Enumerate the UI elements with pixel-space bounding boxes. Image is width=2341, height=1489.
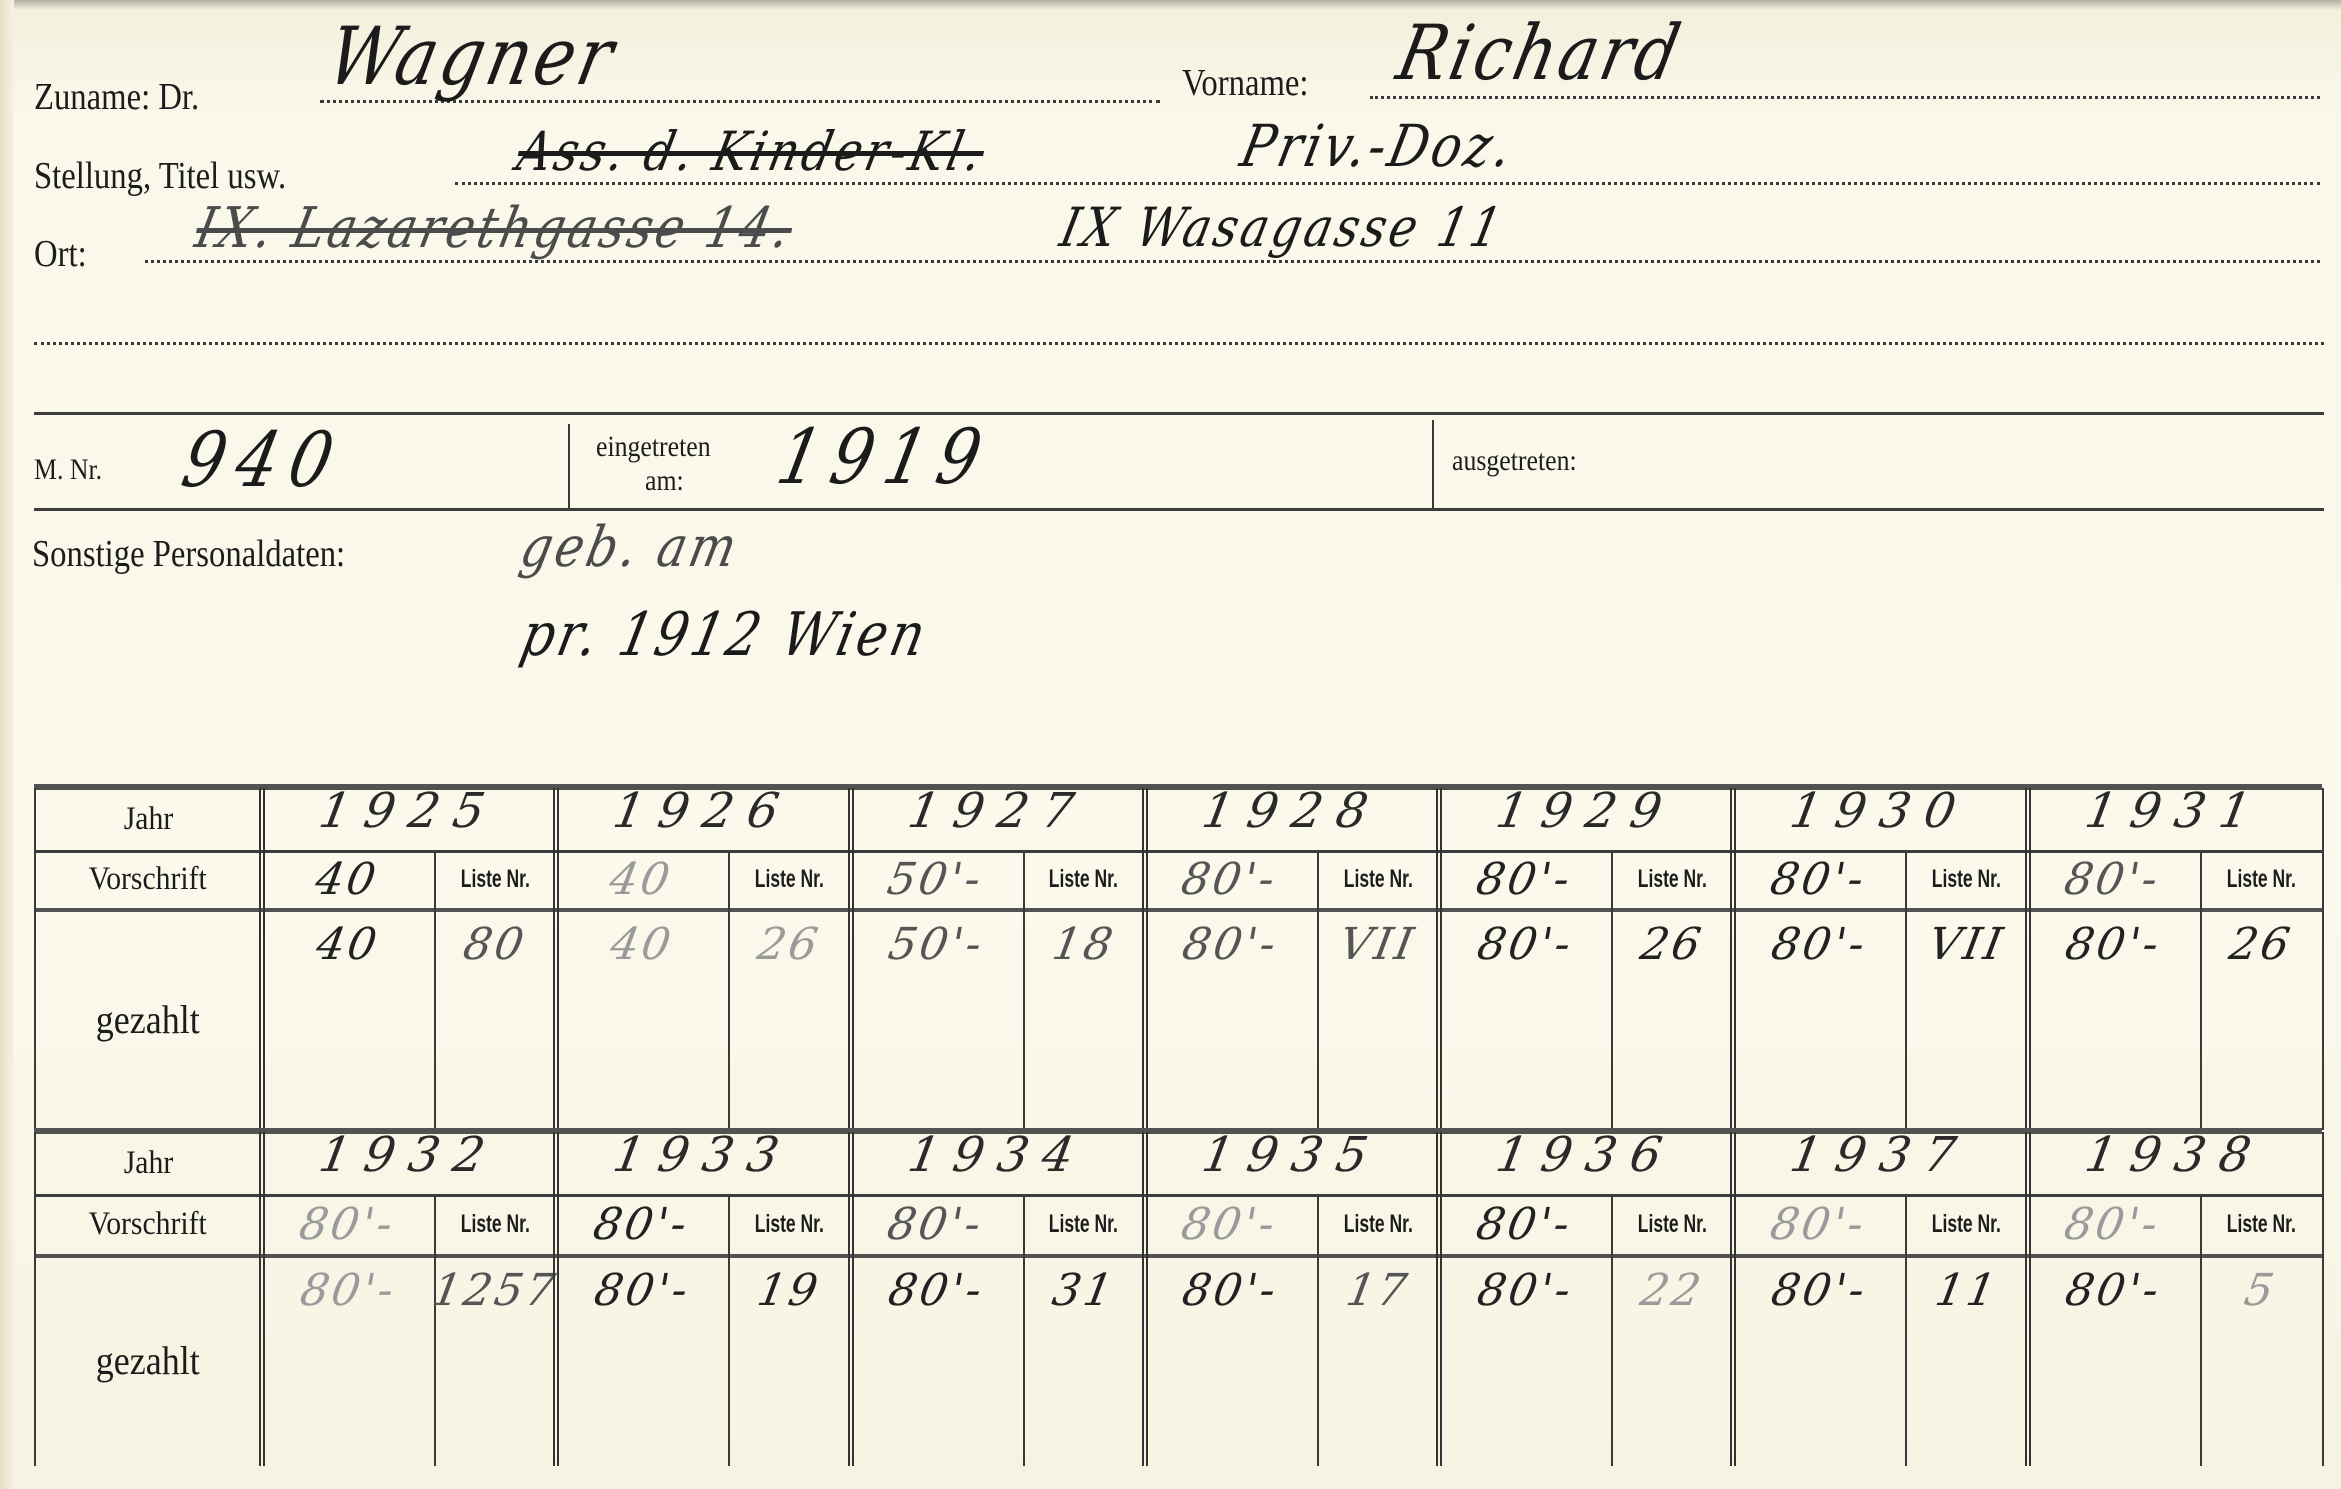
- list-no-value: 11: [1931, 1265, 2002, 1316]
- paid-value: 80'-: [1179, 919, 1283, 970]
- list-no-label: Liste Nr.: [461, 1210, 530, 1239]
- year-value-cell: 1938: [2028, 1124, 2322, 1186]
- year-value-cell: 1927: [851, 780, 1145, 842]
- list-no-value-cell: VII: [1317, 914, 1439, 974]
- year-value-cell: 1935: [1145, 1124, 1439, 1186]
- prescribed-value: 80'-: [1178, 854, 1282, 905]
- list-no-value: 80: [460, 919, 531, 970]
- paid-value-cell: 40: [262, 914, 434, 974]
- paid-label-cell: gezahlt: [34, 1254, 262, 1466]
- prescribed-label: Vorschrift: [89, 1206, 207, 1243]
- year-value-cell: 1931: [2028, 780, 2322, 842]
- paid-value: 40: [313, 919, 384, 970]
- list-no-value: 19: [754, 1265, 825, 1316]
- first-name-value: Richard: [1390, 8, 1691, 97]
- scan-edge-top: [0, 0, 2341, 10]
- list-no-value: VII: [1924, 919, 2009, 970]
- list-no-value-cell: 31: [1023, 1260, 1145, 1320]
- paid-value-cell: 80'-: [262, 1260, 434, 1320]
- scan-edge-left: [0, 0, 14, 1489]
- year-value: 1932: [315, 1127, 503, 1183]
- list-no-value: 26: [2225, 919, 2296, 970]
- list-no-label-cell: Liste Nr.: [728, 1194, 850, 1254]
- list-no-label-cell: Liste Nr.: [2200, 1194, 2322, 1254]
- prescribed-value-cell: 80'-: [1443, 850, 1605, 908]
- list-no-label-cell: Liste Nr.: [1317, 850, 1439, 908]
- surname-value: Wagner: [320, 10, 625, 103]
- year-value: 1931: [2081, 783, 2269, 839]
- prescribed-label-cell: Vorschrift: [34, 850, 262, 908]
- list-no-label: Liste Nr.: [1638, 1210, 1707, 1239]
- prescribed-value: 80'-: [1472, 1199, 1576, 1250]
- position-value-struck: Ass. d. Kinder-Kl.: [512, 120, 991, 183]
- member-row-bottom-rule: [34, 508, 2324, 511]
- year-value: 1933: [609, 1127, 797, 1183]
- list-no-label: Liste Nr.: [1932, 1210, 2001, 1239]
- position-value: Priv.-Doz.: [1235, 112, 1521, 180]
- list-no-label-cell: Liste Nr.: [1317, 1194, 1439, 1254]
- prescribed-value-cell: 80'-: [1149, 1194, 1311, 1254]
- prescribed-value: 80'-: [2061, 854, 2165, 905]
- place-value-struck: IX. Lazarethgasse 14.: [190, 196, 799, 261]
- list-no-label-cell: Liste Nr.: [728, 850, 850, 908]
- paid-value: 80'-: [1473, 919, 1577, 970]
- prescribed-value-cell: 40: [266, 850, 428, 908]
- year-value-cell: 1925: [262, 780, 556, 842]
- list-no-label: Liste Nr.: [2226, 865, 2295, 894]
- paid-value-cell: 80'-: [1733, 914, 1905, 974]
- prescribed-value-cell: 80'-: [855, 1194, 1017, 1254]
- paid-value: 40: [607, 919, 678, 970]
- year-value: 1937: [1787, 1127, 1975, 1183]
- year-value: 1934: [904, 1127, 1092, 1183]
- paid-value-cell: 80'-: [1439, 914, 1611, 974]
- prescribed-row-rule: [34, 1254, 2322, 1258]
- year-value-cell: 1936: [1439, 1124, 1733, 1186]
- list-no-label-cell: Liste Nr.: [434, 1194, 556, 1254]
- prescribed-value-cell: 80'-: [1737, 850, 1899, 908]
- paid-value-cell: 80'-: [556, 1260, 728, 1320]
- prescribed-value-cell: 50'-: [855, 850, 1017, 908]
- prescribed-value: 80'-: [295, 1199, 399, 1250]
- year-value-cell: 1934: [851, 1124, 1145, 1186]
- joined-value: 1919: [770, 412, 1001, 501]
- year-label: Jahr: [123, 1145, 172, 1182]
- list-no-label: Liste Nr.: [1049, 865, 1118, 894]
- member-no-label: M. Nr.: [34, 455, 102, 485]
- paid-value-cell: 80'-: [2028, 914, 2200, 974]
- year-value: 1930: [1787, 783, 1975, 839]
- prescribed-value-cell: 80'-: [2032, 1194, 2194, 1254]
- list-no-value-cell: 11: [1905, 1260, 2027, 1320]
- paid-label: gezahlt: [96, 1337, 200, 1384]
- other-data-line-1: geb. am: [515, 515, 746, 580]
- prescribed-value: 40: [312, 854, 383, 905]
- prescribed-value-cell: 80'-: [560, 1194, 722, 1254]
- joined-label: eingetreten: [596, 432, 711, 462]
- list-no-label: Liste Nr.: [755, 1210, 824, 1239]
- extra-dotted-line: [34, 342, 2324, 345]
- prescribed-value: 80'-: [1766, 1199, 1870, 1250]
- list-no-value: 26: [754, 919, 825, 970]
- list-no-value: 26: [1637, 919, 1708, 970]
- other-data-line-2: pr. 1912 Wien: [515, 600, 935, 670]
- list-no-label-cell: Liste Nr.: [1023, 850, 1145, 908]
- paid-value-cell: 80'-: [1439, 1260, 1611, 1320]
- prescribed-value-cell: 80'-: [1443, 1194, 1605, 1254]
- list-no-value-cell: 26: [1611, 914, 1733, 974]
- prescribed-value: 40: [606, 854, 677, 905]
- list-no-value-cell: 1257: [434, 1260, 556, 1320]
- list-no-label: Liste Nr.: [2226, 1210, 2295, 1239]
- paid-value-cell: 80'-: [1733, 1260, 1905, 1320]
- surname-label: Zuname: Dr.: [34, 78, 199, 116]
- list-no-label: Liste Nr.: [1049, 1210, 1118, 1239]
- paid-label: gezahlt: [96, 996, 200, 1043]
- list-no-value-cell: 18: [1023, 914, 1145, 974]
- prescribed-value-cell: 80'-: [1737, 1194, 1899, 1254]
- prescribed-label: Vorschrift: [89, 861, 207, 898]
- member-row-top-rule: [34, 412, 2324, 415]
- list-no-label-cell: Liste Nr.: [1023, 1194, 1145, 1254]
- member-row-divider-2: [1432, 420, 1434, 510]
- year-value-cell: 1937: [1733, 1124, 2027, 1186]
- paid-value: 80'-: [2062, 1265, 2166, 1316]
- list-no-value: 22: [1637, 1265, 1708, 1316]
- membership-card: Zuname: Dr. Wagner Vorname: Richard Stel…: [0, 0, 2341, 1489]
- list-no-value-cell: 19: [728, 1260, 850, 1320]
- year-label-cell: Jahr: [34, 788, 262, 850]
- list-no-value: 18: [1048, 919, 1119, 970]
- list-no-label: Liste Nr.: [461, 865, 530, 894]
- list-no-label: Liste Nr.: [1638, 865, 1707, 894]
- left-label: ausgetreten:: [1452, 446, 1577, 476]
- list-no-label-cell: Liste Nr.: [2200, 850, 2322, 908]
- paid-value: 80'-: [1767, 919, 1871, 970]
- list-no-value-cell: 22: [1611, 1260, 1733, 1320]
- list-no-value-cell: 26: [728, 914, 850, 974]
- place-label: Ort:: [34, 235, 87, 273]
- prescribed-value: 50'-: [884, 854, 988, 905]
- list-no-value-cell: 80: [434, 914, 556, 974]
- joined-label-am: am:: [645, 466, 684, 496]
- table-right-border: [2322, 1132, 2324, 1466]
- paid-value-cell: 40: [556, 914, 728, 974]
- list-no-label: Liste Nr.: [1932, 865, 2001, 894]
- paid-value: 50'-: [885, 919, 989, 970]
- table-right-border: [2322, 788, 2324, 1130]
- list-no-label-cell: Liste Nr.: [1611, 850, 1733, 908]
- place-value: IX Wasagasse 11: [1055, 196, 1510, 259]
- year-value: 1927: [904, 783, 1092, 839]
- prescribed-value-cell: 40: [560, 850, 722, 908]
- year-value-cell: 1930: [1733, 780, 2027, 842]
- prescribed-value: 80'-: [1472, 854, 1576, 905]
- first-name-label: Vorname:: [1182, 64, 1308, 102]
- position-label: Stellung, Titel usw.: [34, 157, 286, 195]
- list-no-value-cell: VII: [1905, 914, 2027, 974]
- prescribed-value-cell: 80'-: [2032, 850, 2194, 908]
- prescribed-value: 80'-: [1766, 854, 1870, 905]
- list-no-label-cell: Liste Nr.: [1905, 850, 2027, 908]
- member-row-divider-1: [568, 424, 570, 508]
- year-value: 1925: [315, 783, 503, 839]
- prescribed-value-cell: 80'-: [1149, 850, 1311, 908]
- year-label: Jahr: [123, 801, 172, 838]
- paid-value-cell: 80'-: [1145, 914, 1317, 974]
- paid-value: 80'-: [1473, 1265, 1577, 1316]
- paid-value-cell: 80'-: [851, 1260, 1023, 1320]
- prescribed-row-rule: [34, 908, 2322, 912]
- paid-value-cell: 50'-: [851, 914, 1023, 974]
- prescribed-label-cell: Vorschrift: [34, 1194, 262, 1254]
- year-value: 1935: [1198, 1127, 1386, 1183]
- paid-value: 80'-: [296, 1265, 400, 1316]
- list-no-label: Liste Nr.: [755, 865, 824, 894]
- list-no-value: VII: [1336, 919, 1421, 970]
- list-no-value-cell: 26: [2200, 914, 2322, 974]
- prescribed-value: 80'-: [1178, 1199, 1282, 1250]
- year-value: 1926: [609, 783, 797, 839]
- member-no-value: 940: [175, 415, 353, 504]
- year-label-cell: Jahr: [34, 1132, 262, 1194]
- paid-label-cell: gezahlt: [34, 908, 262, 1130]
- year-value: 1936: [1492, 1127, 1680, 1183]
- list-no-value-cell: 5: [2200, 1260, 2322, 1320]
- list-no-label: Liste Nr.: [1343, 865, 1412, 894]
- paid-value-cell: 80'-: [1145, 1260, 1317, 1320]
- paid-value: 80'-: [2062, 919, 2166, 970]
- prescribed-value: 80'-: [589, 1199, 693, 1250]
- prescribed-value-cell: 80'-: [266, 1194, 428, 1254]
- list-no-label: Liste Nr.: [1343, 1210, 1412, 1239]
- prescribed-value: 80'-: [884, 1199, 988, 1250]
- list-no-label-cell: Liste Nr.: [1905, 1194, 2027, 1254]
- prescribed-value: 80'-: [2061, 1199, 2165, 1250]
- list-no-label-cell: Liste Nr.: [1611, 1194, 1733, 1254]
- paid-value: 80'-: [885, 1265, 989, 1316]
- list-no-value: 31: [1048, 1265, 1119, 1316]
- year-value: 1938: [2081, 1127, 2269, 1183]
- paid-value: 80'-: [1179, 1265, 1283, 1316]
- paid-value: 80'-: [1767, 1265, 1871, 1316]
- year-value: 1928: [1198, 783, 1386, 839]
- paid-value-cell: 80'-: [2028, 1260, 2200, 1320]
- year-value-cell: 1933: [556, 1124, 850, 1186]
- year-value-cell: 1928: [1145, 780, 1439, 842]
- other-data-label: Sonstige Personaldaten:: [32, 535, 345, 573]
- list-no-value: 1257: [429, 1265, 562, 1316]
- year-value-cell: 1932: [262, 1124, 556, 1186]
- year-value: 1929: [1492, 783, 1680, 839]
- paid-value: 80'-: [590, 1265, 694, 1316]
- list-no-value: 5: [2241, 1265, 2281, 1316]
- year-value-cell: 1926: [556, 780, 850, 842]
- list-no-label-cell: Liste Nr.: [434, 850, 556, 908]
- list-no-value-cell: 17: [1317, 1260, 1439, 1320]
- list-no-value: 17: [1342, 1265, 1413, 1316]
- year-value-cell: 1929: [1439, 780, 1733, 842]
